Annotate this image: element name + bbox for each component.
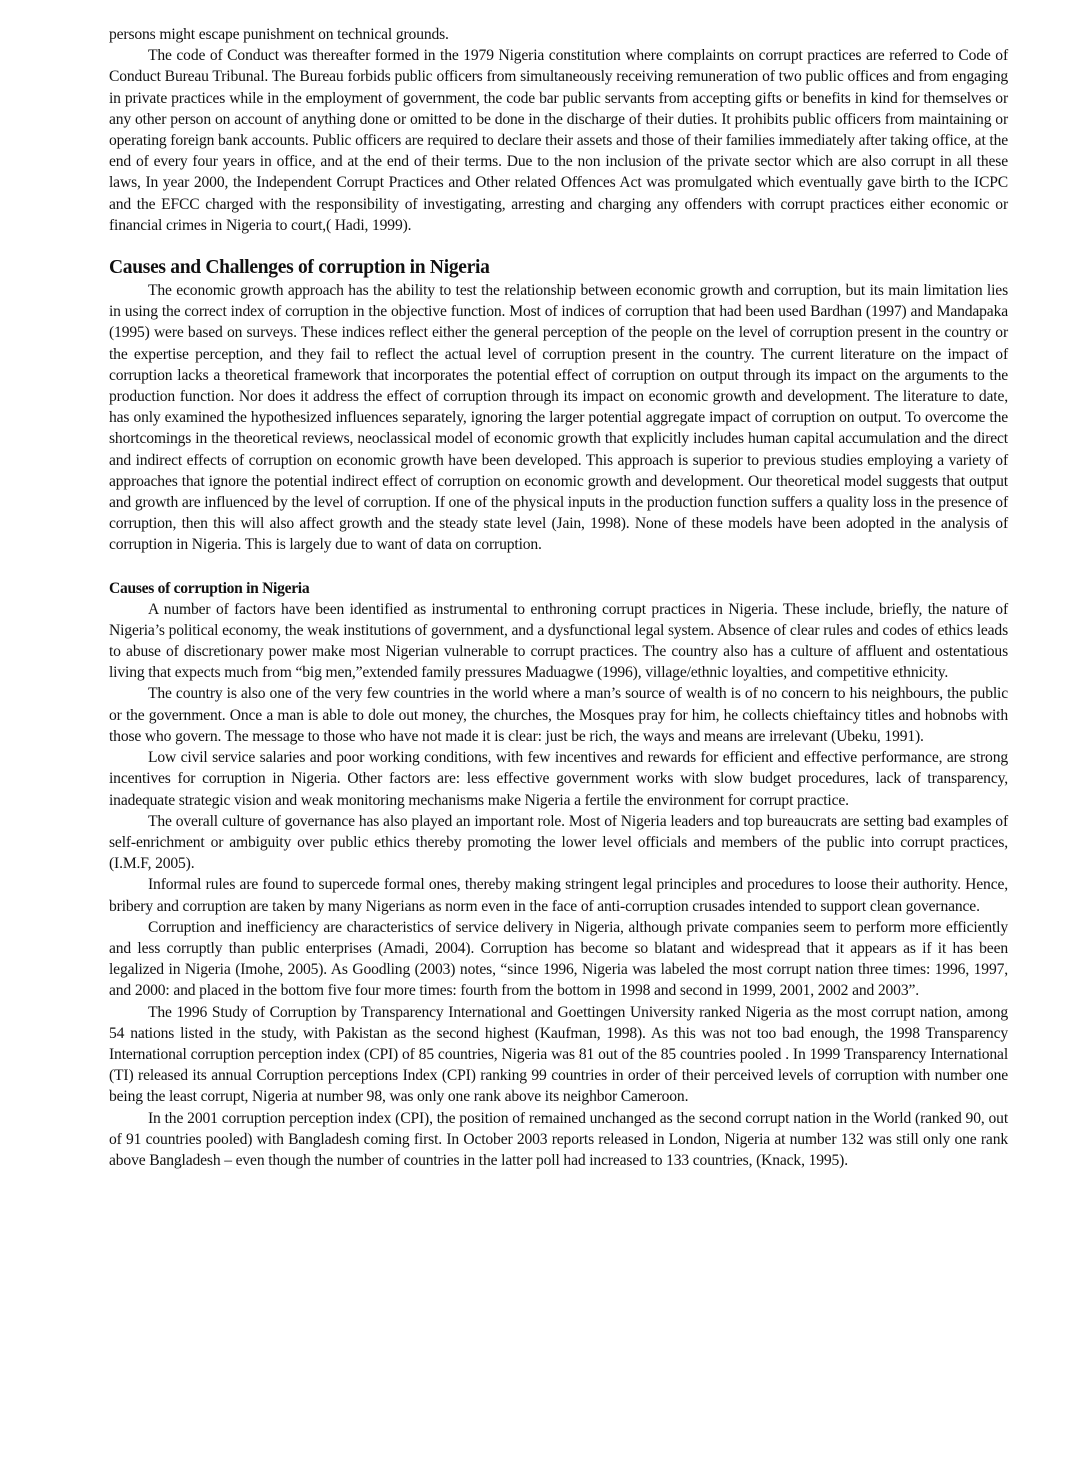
document-page: persons might escape punishment on techn… [109,24,1008,1171]
paragraph-service-delivery: Corruption and inefficiency are characte… [109,917,1008,1002]
paragraph-factors: A number of factors have been identified… [109,599,1008,684]
continued-paragraph: persons might escape punishment on techn… [109,24,1008,45]
paragraph-informal-rules: Informal rules are found to supercede fo… [109,874,1008,916]
section-heading: Causes and Challenges of corruption in N… [109,256,1008,280]
paragraph-economic-growth: The economic growth approach has the abi… [109,280,1008,556]
paragraph-civil-service: Low civil service salaries and poor work… [109,747,1008,811]
spacer [109,556,1008,578]
paragraph-code-of-conduct: The code of Conduct was thereafter forme… [109,45,1008,236]
paragraph-source-of-wealth: The country is also one of the very few … [109,683,1008,747]
paragraph-1996-study: The 1996 Study of Corruption by Transpar… [109,1002,1008,1108]
spacer [109,236,1008,256]
paragraph-2001-cpi: In the 2001 corruption perception index … [109,1108,1008,1172]
paragraph-culture-of-governance: The overall culture of governance has al… [109,811,1008,875]
subsection-heading: Causes of corruption in Nigeria [109,578,1008,599]
